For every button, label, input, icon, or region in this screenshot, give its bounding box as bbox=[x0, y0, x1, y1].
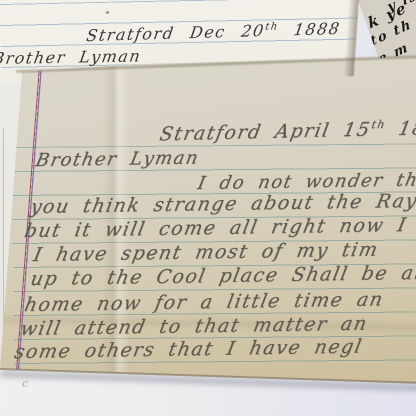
pencil-mark: c bbox=[22, 377, 28, 390]
letter-salutation: Brother Lyman bbox=[34, 147, 201, 171]
paper-speck bbox=[106, 11, 109, 14]
photo-of-letters: Stratford Dec 20th 1888 Brother Lyman y … bbox=[0, 0, 416, 416]
ordinal-suffix: th bbox=[264, 21, 279, 32]
heading-year: 1888 bbox=[292, 19, 342, 39]
letter-salutation: Brother Lyman bbox=[0, 46, 143, 68]
ordinal-suffix: th bbox=[370, 118, 387, 131]
heading-year: 188 bbox=[397, 117, 416, 140]
